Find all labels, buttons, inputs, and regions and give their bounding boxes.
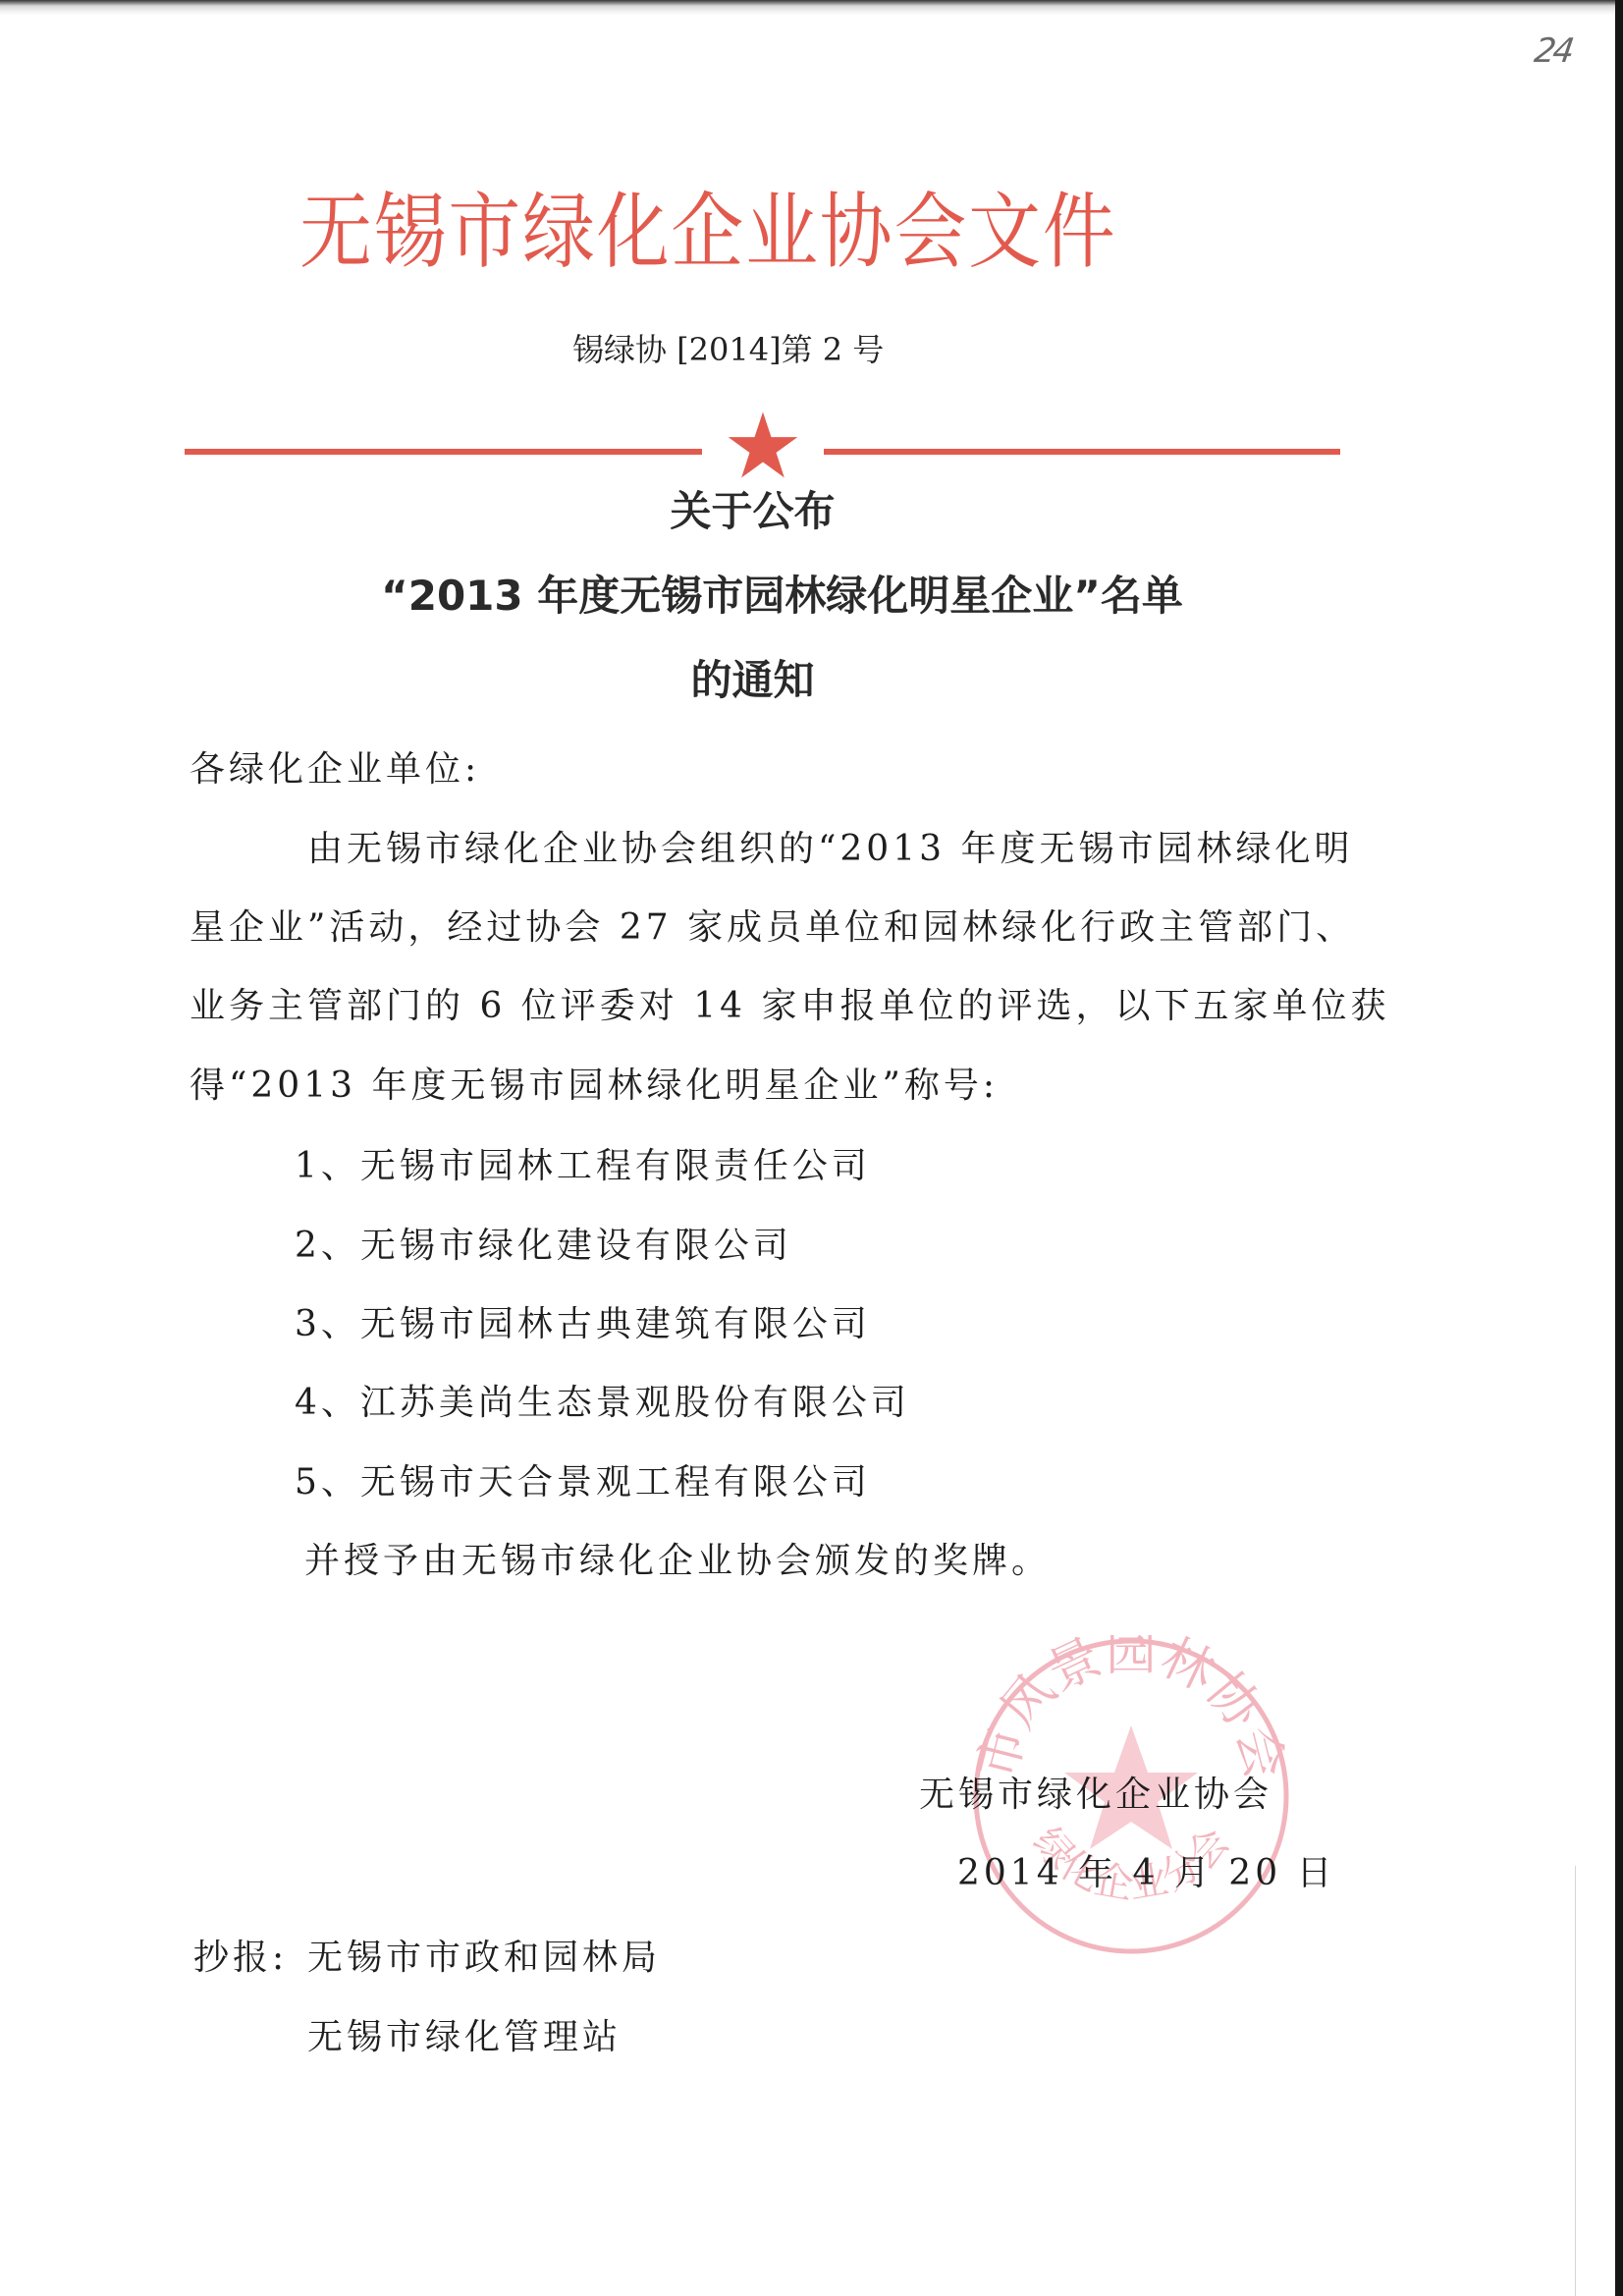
paragraph-line: 业务主管部门的 6 位评委对 14 家申报单位的评选，以下五家单位获	[189, 985, 1390, 1028]
winner-item: 5、无锡市天合景观工程有限公司	[295, 1461, 871, 1504]
cc-recipient: 无锡市市政和园林局	[307, 1937, 661, 1980]
winner-item: 3、无锡市园林古典建筑有限公司	[295, 1303, 871, 1346]
winner-item: 1、无锡市园林工程有限责任公司	[295, 1145, 871, 1188]
winner-item: 2、无锡市绿化建设有限公司	[295, 1225, 792, 1268]
cc-label: 抄报:	[193, 1937, 288, 1980]
document-number: 锡绿协 [2014]第 2 号	[572, 330, 884, 369]
paragraph-line: 星企业”活动，经过协会 27 家成员单位和园林绿化行政主管部门、	[189, 906, 1355, 950]
cc-recipient: 无锡市绿化管理站	[307, 2016, 622, 2059]
red-divider-right	[824, 449, 1340, 455]
scan-top-edge	[0, 0, 1623, 16]
signature-organization: 无锡市绿化企业协会	[919, 1774, 1272, 1817]
notice-title-line-3: 的通知	[0, 656, 1564, 705]
paragraph-line: 由无锡市绿化企业协会组织的“2013 年度无锡市园林绿化明	[307, 828, 1353, 871]
issuer-title: 无锡市绿化企业协会文件	[299, 183, 1077, 281]
handwritten-page-number: 24	[1532, 31, 1574, 71]
scan-fold-line	[1575, 1866, 1576, 2296]
salutation: 各绿化企业单位:	[189, 748, 480, 792]
scan-right-edge	[1615, 0, 1623, 2296]
notice-title-line-2: “2013 年度无锡市园林绿化明星企业”名单	[0, 572, 1594, 621]
red-divider-left	[185, 449, 702, 455]
closing-line: 并授予由无锡市绿化企业协会颁发的奖牌。	[304, 1540, 1051, 1583]
red-star-icon	[728, 410, 798, 481]
signature-date: 2014 年 4 月 20 日	[957, 1852, 1336, 1895]
paragraph-line: 得“2013 年度无锡市园林绿化明星企业”称号:	[189, 1065, 999, 1108]
winner-item: 4、江苏美尚生态景观股份有限公司	[295, 1382, 910, 1425]
notice-title-line-1: 关于公布	[0, 487, 1564, 536]
